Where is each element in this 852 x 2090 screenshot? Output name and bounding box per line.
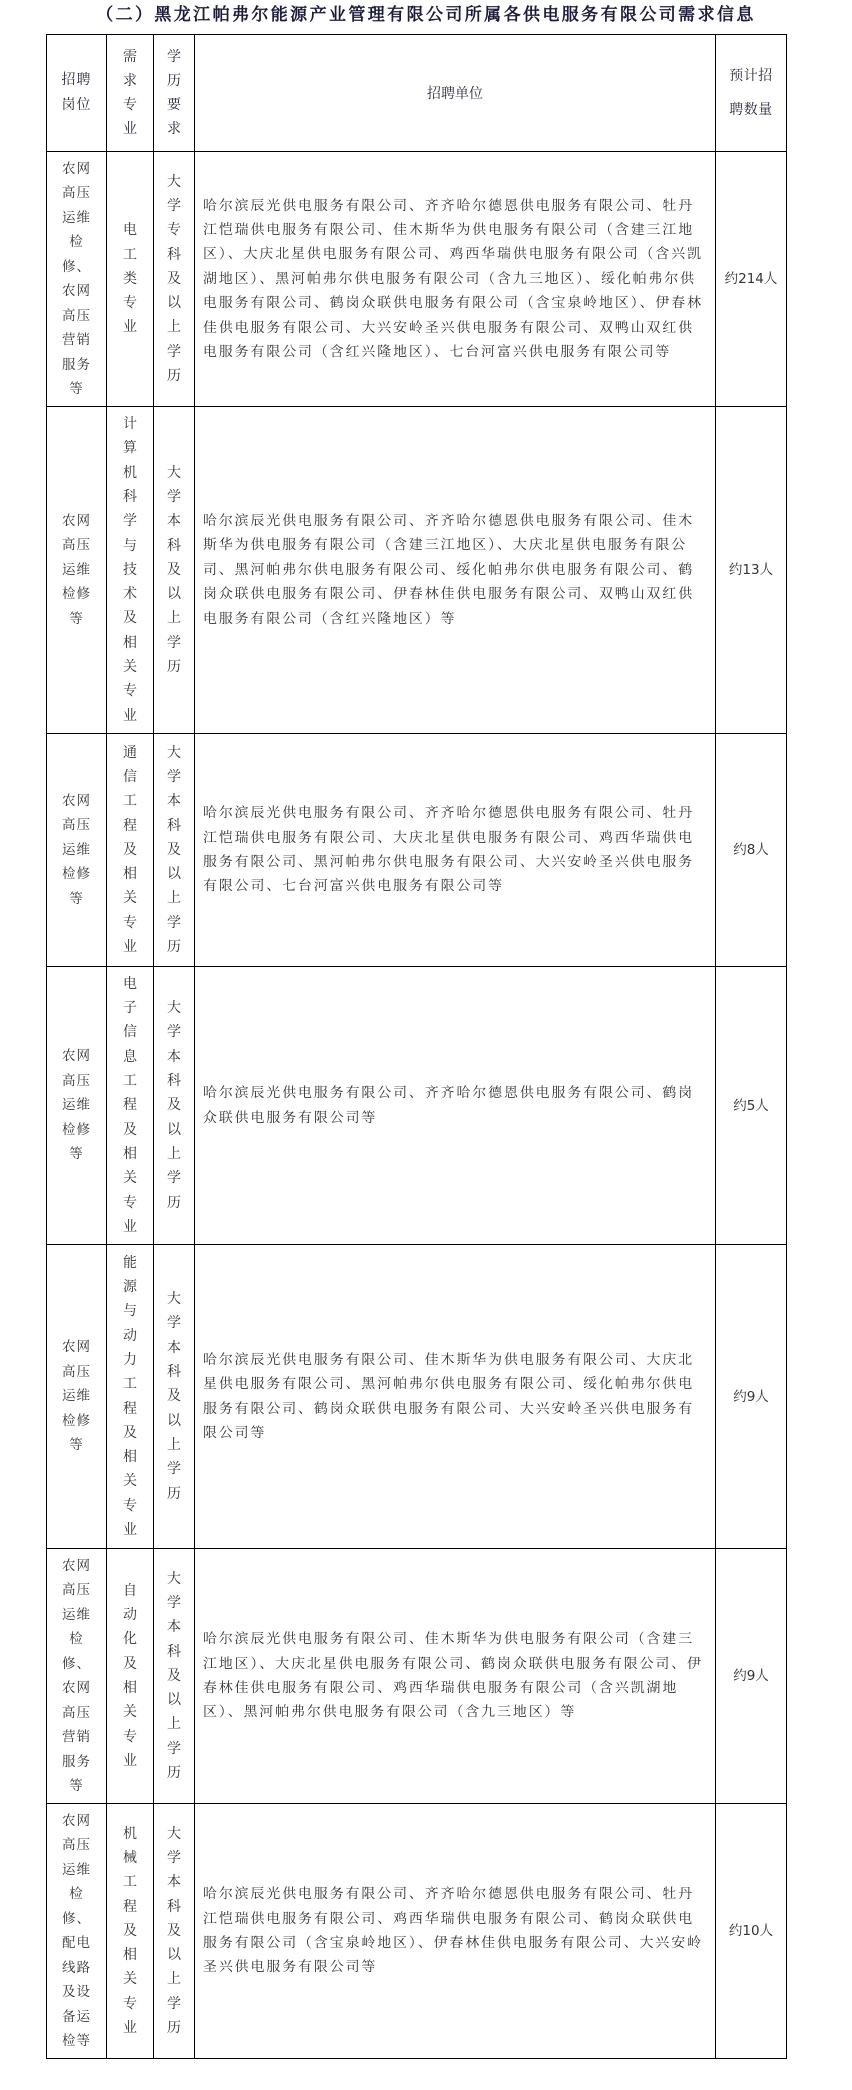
cell-education: 大学本科及以上学历 bbox=[154, 1245, 195, 1549]
cell-post: 农网高压运维检修等 bbox=[47, 734, 107, 967]
cell-education: 大学专科及以上学历 bbox=[154, 152, 195, 407]
cell-units: 哈尔滨辰光供电服务有限公司、齐齐哈尔德恩供电服务有限公司、牡丹江恺瑞供电服务有限… bbox=[195, 1804, 716, 2059]
cell-education: 大学本科及以上学历 bbox=[154, 734, 195, 967]
cell-units: 哈尔滨辰光供电服务有限公司、佳木斯华为供电服务有限公司（含建三江地区）、大庆北星… bbox=[195, 1549, 716, 1804]
recruitment-table: 招聘岗位 需求专业 学历要求 招聘单位 预计招聘数量 农网高压运维检修、农网高压… bbox=[46, 34, 787, 2059]
cell-units: 哈尔滨辰光供电服务有限公司、佳木斯华为供电服务有限公司、大庆北星供电服务有限公司… bbox=[195, 1245, 716, 1549]
cell-count: 约5人 bbox=[716, 967, 787, 1245]
cell-units: 哈尔滨辰光供电服务有限公司、齐齐哈尔德恩供电服务有限公司、牡丹江恺瑞供电服务有限… bbox=[195, 152, 716, 407]
cell-count: 约9人 bbox=[716, 1549, 787, 1804]
cell-units: 哈尔滨辰光供电服务有限公司、齐齐哈尔德恩供电服务有限公司、佳木斯华为供电服务有限… bbox=[195, 407, 716, 734]
cell-count: 约13人 bbox=[716, 407, 787, 734]
cell-education: 大学本科及以上学历 bbox=[154, 1804, 195, 2059]
cell-education: 大学本科及以上学历 bbox=[154, 967, 195, 1245]
cell-post: 农网高压运维检修等 bbox=[47, 1245, 107, 1549]
header-post: 招聘岗位 bbox=[47, 35, 107, 152]
table-row: 农网高压运维检修等 能源与动力工程及相关专业 大学本科及以上学历 哈尔滨辰光供电… bbox=[47, 1245, 787, 1549]
cell-major: 机械工程及相关专业 bbox=[107, 1804, 154, 2059]
table-row: 农网高压运维检修等 计算机科学与技术及相关专业 大学本科及以上学历 哈尔滨辰光供… bbox=[47, 407, 787, 734]
cell-education: 大学本科及以上学历 bbox=[154, 407, 195, 734]
table-row: 农网高压运维检修等 电子信息工程及相关专业 大学本科及以上学历 哈尔滨辰光供电服… bbox=[47, 967, 787, 1245]
cell-count: 约214人 bbox=[716, 152, 787, 407]
cell-post: 农网高压运维检修等 bbox=[47, 967, 107, 1245]
cell-post: 农网高压运维检修、配电线路及设备运检等 bbox=[47, 1804, 107, 2059]
cell-count: 约9人 bbox=[716, 1245, 787, 1549]
cell-count: 约8人 bbox=[716, 734, 787, 967]
table-row: 农网高压运维检修、农网高压营销服务等 自动化及相关专业 大学本科及以上学历 哈尔… bbox=[47, 1549, 787, 1804]
table-header-row: 招聘岗位 需求专业 学历要求 招聘单位 预计招聘数量 bbox=[47, 35, 787, 152]
cell-major: 能源与动力工程及相关专业 bbox=[107, 1245, 154, 1549]
header-units: 招聘单位 bbox=[195, 35, 716, 152]
cell-units: 哈尔滨辰光供电服务有限公司、齐齐哈尔德恩供电服务有限公司、牡丹江恺瑞供电服务有限… bbox=[195, 734, 716, 967]
header-major: 需求专业 bbox=[107, 35, 154, 152]
table-row: 农网高压运维检修、农网高压营销服务等 电工类专业 大学专科及以上学历 哈尔滨辰光… bbox=[47, 152, 787, 407]
header-count: 预计招聘数量 bbox=[716, 35, 787, 152]
section-title: （二）黑龙江帕弗尔能源产业管理有限公司所属各供电服务有限公司需求信息 bbox=[0, 2, 852, 30]
cell-post: 农网高压运维检修、农网高压营销服务等 bbox=[47, 1549, 107, 1804]
table-row: 农网高压运维检修等 通信工程及相关专业 大学本科及以上学历 哈尔滨辰光供电服务有… bbox=[47, 734, 787, 967]
cell-education: 大学本科及以上学历 bbox=[154, 1549, 195, 1804]
table-row: 农网高压运维检修、配电线路及设备运检等 机械工程及相关专业 大学本科及以上学历 … bbox=[47, 1804, 787, 2059]
cell-major: 自动化及相关专业 bbox=[107, 1549, 154, 1804]
cell-major: 电工类专业 bbox=[107, 152, 154, 407]
cell-count: 约10人 bbox=[716, 1804, 787, 2059]
cell-post: 农网高压运维检修等 bbox=[47, 407, 107, 734]
cell-major: 通信工程及相关专业 bbox=[107, 734, 154, 967]
cell-major: 电子信息工程及相关专业 bbox=[107, 967, 154, 1245]
header-education: 学历要求 bbox=[154, 35, 195, 152]
cell-post: 农网高压运维检修、农网高压营销服务等 bbox=[47, 152, 107, 407]
cell-units: 哈尔滨辰光供电服务有限公司、齐齐哈尔德恩供电服务有限公司、鹤岗众联供电服务有限公… bbox=[195, 967, 716, 1245]
cell-major: 计算机科学与技术及相关专业 bbox=[107, 407, 154, 734]
